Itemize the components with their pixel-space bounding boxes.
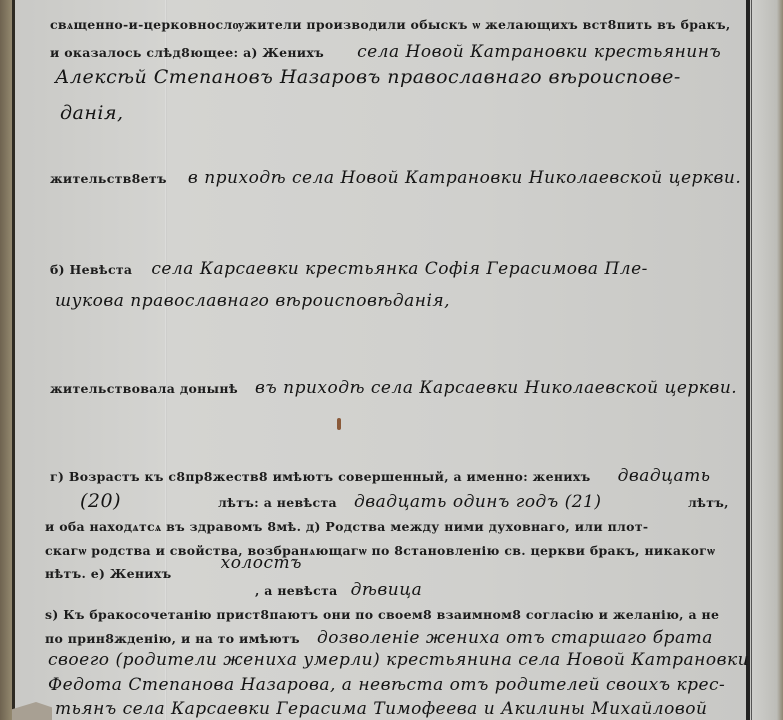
record-line: свѧщенно-и-церковнослѹжители производили… — [50, 14, 731, 33]
handwritten-text: села Карсаевки крестьянка Софія Герасимо… — [151, 259, 648, 279]
printed-text: и оказалось слѣд8ющее: а) Женихъ — [50, 45, 324, 60]
printed-text: г) Возрастъ къ с8пр8жеств8 имѣютъ соверш… — [50, 469, 590, 484]
page-left-border — [12, 0, 15, 720]
handwritten-text: шукова православнаго вѣроисповѣданія, — [55, 291, 450, 311]
handwritten-age-groom: (20) — [80, 490, 121, 512]
handwritten-text: дѣвица — [351, 580, 423, 600]
record-line: б) Невѣста села Карсаевки крестьянка Соф… — [50, 259, 648, 279]
handwritten-text: въ приходѣ села Карсаевки Николаевской ц… — [255, 378, 737, 398]
printed-text: скагѡ родства и свойства, возбранѧющагѡ … — [45, 543, 715, 558]
printed-text: по прин8жденію, и на то имѣютъ — [45, 631, 300, 646]
ink-stain — [337, 418, 341, 430]
handwritten-text: тьянъ села Карсаевки Герасима Тимофеева … — [55, 699, 707, 719]
handwritten-text: села Новой Катрановки крестьянинъ — [357, 42, 721, 62]
printed-text: нѣтъ. е) Женихъ — [45, 566, 172, 581]
printed-text: лѣтъ: а невѣста — [218, 495, 337, 510]
record-line: своего (родители жениха умерли) крестьян… — [48, 650, 749, 670]
record-line: г) Возрастъ къ с8пр8жеств8 имѣютъ соверш… — [50, 466, 711, 486]
right-margin — [752, 0, 783, 720]
handwritten-text: своего (родители жениха умерли) крестьян… — [48, 650, 749, 670]
record-line: скагѡ родства и свойства, возбранѧющагѡ … — [45, 540, 715, 559]
printed-text: лѣтъ, — [688, 495, 729, 510]
printed-text: , а невѣста — [255, 583, 338, 598]
record-line: и оказалось слѣд8ющее: а) Женихъ села Но… — [50, 42, 721, 62]
printed-text: свѧщенно-и-церковнослѹжители производили… — [50, 17, 731, 32]
printed-text: и оба находѧтсѧ въ здравомъ 8мѣ. д) Родс… — [45, 519, 648, 534]
record-line: ѕ) Къ бракосочетанію прист8паютъ они по … — [45, 604, 719, 623]
right-margin-rule — [746, 0, 750, 720]
handwritten-text: Федота Степанова Назарова, а невѣста отъ… — [48, 675, 725, 695]
record-line: (20) — [80, 490, 121, 512]
record-line: и оба находѧтсѧ въ здравомъ 8мѣ. д) Родс… — [45, 516, 648, 535]
record-line: Алексѣй Степановъ Назаровъ православнаго… — [55, 66, 681, 88]
printed-text: б) Невѣста — [50, 262, 132, 277]
handwritten-text: в приходѣ села Новой Катрановки Николаев… — [188, 168, 741, 188]
record-line: тьянъ села Карсаевки Герасима Тимофеева … — [55, 699, 707, 719]
record-line: , а невѣста дѣвица — [255, 580, 422, 600]
handwritten-text: двадцать — [618, 466, 711, 486]
record-line: жительств8етъ в приходѣ села Новой Катра… — [50, 168, 741, 188]
record-line: лѣтъ, — [688, 492, 729, 511]
handwritten-text: Алексѣй Степановъ Назаровъ православнаго… — [55, 66, 681, 88]
handwritten-text: холостъ — [221, 553, 302, 573]
record-line: Федота Степанова Назарова, а невѣста отъ… — [48, 675, 725, 695]
printed-text: ѕ) Къ бракосочетанію прист8паютъ они по … — [45, 607, 719, 622]
handwritten-text: дозволеніе жениха отъ старшаго брата — [317, 628, 713, 648]
printed-text: жительств8етъ — [50, 171, 167, 186]
handwritten-age-bride: двадцать одинъ годъ (21) — [354, 492, 601, 512]
record-line: шукова православнаго вѣроисповѣданія, — [55, 291, 450, 311]
handwritten-text: данія, — [60, 102, 124, 124]
printed-text: жительствовала донынѣ — [50, 381, 238, 396]
record-line: лѣтъ: а невѣста двадцать одинъ годъ (21) — [218, 492, 601, 512]
record-line: по прин8жденію, и на то имѣютъ дозволені… — [45, 628, 713, 648]
record-line: жительствовала донынѣ въ приходѣ села Ка… — [50, 378, 737, 398]
record-line: данія, — [60, 102, 124, 124]
